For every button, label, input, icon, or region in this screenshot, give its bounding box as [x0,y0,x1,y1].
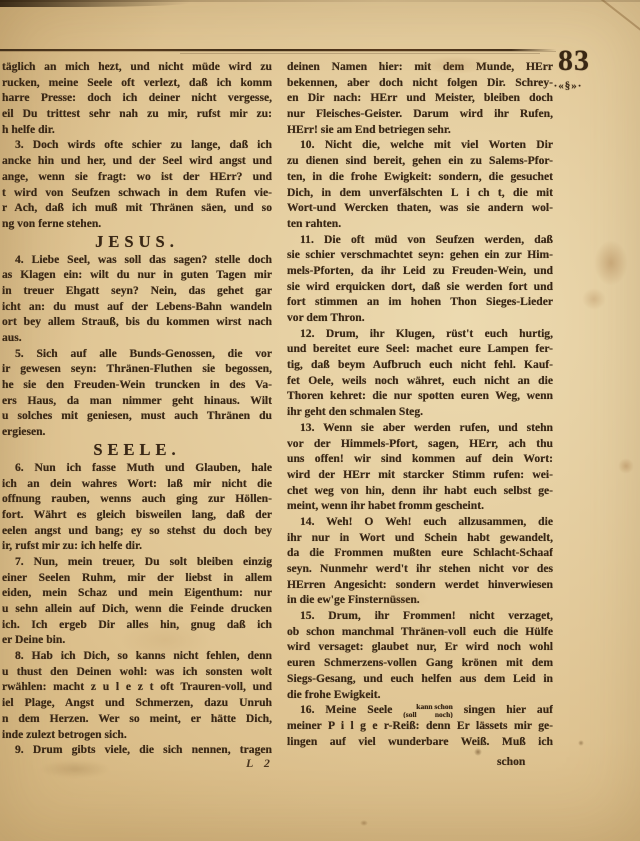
text-line: ng von ferne stehen. [2,216,272,232]
text-line: 12. Drum, ihr Klugen, rüst't euch hurtig… [287,326,553,342]
text-line: JESUS. [2,232,272,252]
text-line: as Klagen ein: wilt du nur in guten Tage… [2,267,272,283]
text-line: seyn. Nunmehr werd't ihr stehen nicht vo… [287,561,553,577]
text-line: ihr geht den schmalen Steg. [287,404,553,420]
text-line: ob schon manchmal Thränen-voll euch die … [287,624,553,640]
text-line: in die ew'ge Finsternüssen. [287,592,553,608]
text-line: 13. Wenn sie aber werden rufen, und steh… [287,420,553,436]
header-rule [0,49,556,51]
text-line: uns offen! wir sind kommen auf dein Wort… [287,451,553,467]
text-fragment: 16. Meine Seele [300,703,403,716]
text-line: fet Oele, weils noch währet, euch nicht … [287,373,553,389]
text-line: h helfe dir. [2,122,272,138]
text-line: harre Presse: doch ich deiner nicht verg… [2,90,272,106]
text-line: Siegs-Gesang, und euch helfen aus dem Le… [287,671,553,687]
text-line: 14. Weh! O Weh! euch allzusammen, die [287,514,553,530]
text-line: in treuer Ehgatt seyn? Nein, das gehet g… [2,283,272,299]
text-line: 4. Liebe Seel, was soll das sagen? stell… [2,252,272,268]
text-line: ich. Ich ergeb Dir alles hin, gnug daß i… [2,617,272,633]
scanned-page: 83 ·«§»· täglich an mich hezt, und nicht… [0,0,640,841]
text-line: ort bey allem Strauß, bis du kommen wirs… [2,314,272,330]
text-line: 10. Nicht die, welche mit viel Worten Di… [287,137,553,153]
text-line: 16. Meine Seele kann schon (soll noch) s… [287,702,553,718]
text-line: ten rahten. [287,216,553,232]
text-line: und bereitet eure Seel: machet eure Lamp… [287,341,553,357]
text-line: en Dir nach: HErr und Meister, bleiben d… [287,90,553,106]
text-line: u sehn allein auf Dich, wenn die Feinde … [2,601,272,617]
text-line: da die Frommen mußten eure Schlacht-Scha… [287,545,553,561]
text-line: ich an dein wahres Wort: laß mir nicht d… [2,476,272,492]
text-line: er Deine bin. [2,632,272,648]
stain [582,288,606,310]
text-line: lingen auf viel wunderbare Weiß. Muß ich [287,734,553,750]
text-line: vor der Himmels-Pfort, sagen, HErr, ach … [287,436,553,452]
text-line: eil Du trittest sehr nah zu mir, rufst m… [2,106,272,122]
text-line: sie schier verschmachtet seyn: gehen ein… [287,247,553,263]
stain [618,458,634,474]
text-line: inde zulezt betrogen sich. [2,727,272,743]
text-line: n dem Herzen. Wer so meint, er hätte Dic… [2,711,272,727]
text-line: meiner P i l g e r-Reiß: denn Er lässets… [287,718,553,734]
text-line: 15. Drum, ihr Frommen! nicht verzaget, [287,608,553,624]
text-fragment: singen hier auf [453,703,553,716]
text-line: ers Haus, da man nimmer geht hinaus. Wil… [2,393,272,409]
header-rule-shadow [180,53,540,54]
page-number: 83 [558,46,590,76]
text-line: meint, wenn ihr habet fromm gescheint. [287,498,553,514]
stain [360,820,368,826]
text-line: wird versaget: glaubet nur, Er wird noch… [287,639,553,655]
text-line: 9. Drum gibts viele, die sich nennen, tr… [2,742,272,758]
text-line: deinen Namen hier: mit dem Munde, HErr [287,59,553,75]
text-line: bekennen, aber doch nicht folgen Dir. Sc… [287,75,553,91]
text-line: he sie den Freuden-Wein truncken in des … [2,377,272,393]
text-line: sie wird erquicken dort, daß sie werden … [287,279,553,295]
text-line: HErren Angesicht: sondern werdet hinverw… [287,577,553,593]
text-line: mels-Pforten, da ihr Leid zu Freuden-Wei… [287,263,553,279]
stain [40,760,110,778]
text-line: 6. Nun ich fasse Muth und Glauben, hale [2,460,272,476]
text-line: Wort-und Wercken thaten, was sie andern … [287,200,553,216]
text-line: vor dem Thron. [287,310,553,326]
text-line: ihr nur in Wort und Schein habt gewandel… [287,530,553,546]
text-line: täglich an mich hezt, und nicht müde wir… [2,59,272,75]
text-line: icht an: du must auf der Lebens-Bahn wan… [2,299,272,315]
text-line: HErr! sie am End betriegen sehr. [287,122,553,138]
text-line: aus. [2,330,272,346]
text-line: 7. Nun, mein treuer, Du solt bleiben ein… [2,554,272,570]
text-line: u thust den Deinen wohl: was ich sonsten… [2,664,272,680]
catchword: schon [497,755,525,768]
text-line: tig, daß beym Aufbruch euch nicht fehl. … [287,357,553,373]
text-line: eiden, mein Schaz und mein Eigenthum: nu… [2,585,272,601]
text-line: wird der HErr mit starcker Stimm rufen: … [287,467,553,483]
text-line: nur Fleisches-Geister. Darum wird ihr Ru… [287,106,553,122]
text-line: ancke hin und her, und der Seel wird ang… [2,153,272,169]
text-line: u solches mit geniesen, must auch Thräne… [2,408,272,424]
text-line: iel Plage, Angst und Schmerzen, dazu Unr… [2,695,272,711]
stain [594,240,628,286]
text-line: ir gewesen seyn: Thränen-Fluthen sie beg… [2,361,272,377]
scan-edge-artifact [0,0,190,7]
text-line: 3. Doch wirds ofte schier zu lange, daß … [2,137,272,153]
text-line: ergiesen. [2,424,272,440]
text-line: 11. Die oft müd von Seufzen werden, daß [287,232,553,248]
text-line: chet weg von hin, denn ihr habt euch sel… [287,483,553,499]
text-line: SEELE. [2,440,272,460]
text-column-right: deinen Namen hier: mit dem Munde, HErrbe… [287,59,553,749]
signature-mark: L 2 [246,756,286,771]
stain [578,740,584,746]
text-line: euren Schmerzens-vollen Gang krönen mit … [287,655,553,671]
text-column-left: täglich an mich hezt, und nicht müde wir… [2,59,272,758]
text-line: Dich, in dem unverfälschten L i ch t, di… [287,185,553,201]
text-line: ange, wenn sie fragt: wo ist der HErr? u… [2,169,272,185]
text-line: 8. Hab ich Dich, so kanns nicht fehlen, … [2,648,272,664]
text-line: zu dienen sind bereit, gehen ein zu Sale… [287,153,553,169]
text-line: rucken, meine Seele oft verlezt, daß ich… [2,75,272,91]
text-line: fort stimmen an im hohen Thon Sieges-Lie… [287,294,553,310]
text-line: ir, rufst mir zu: ich helfe dir. [2,538,272,554]
text-line: 5. Sich auf alle Bunds-Genossen, die vor [2,346,272,362]
text-line: r Ach, daß ich muß mit Thränen säen, und… [2,200,272,216]
interlinear-note: kann schon (soll noch) [403,703,452,717]
text-line: t wird von Seufzen schwach in dem Rufen … [2,185,272,201]
text-line: rwählen: macht z u l e z t oft Trauren-v… [2,679,272,695]
text-line: fort. Währt es gleich bisweilen lang, da… [2,507,272,523]
text-line: ten, in die frohe Ewigkeit: sondern, die… [287,169,553,185]
text-line: einer Seelen Ruhm, mir der liebst in all… [2,570,272,586]
text-line: eelen angst und bang; ey so stehst du do… [2,523,272,539]
text-line: die frohe Ewigkeit. [287,687,553,703]
text-line: Thoren kehret: die nur spotten euren Weg… [287,388,553,404]
text-line: offnung rauben, wenns auch ging zur Höll… [2,491,272,507]
page-crease [595,0,640,45]
